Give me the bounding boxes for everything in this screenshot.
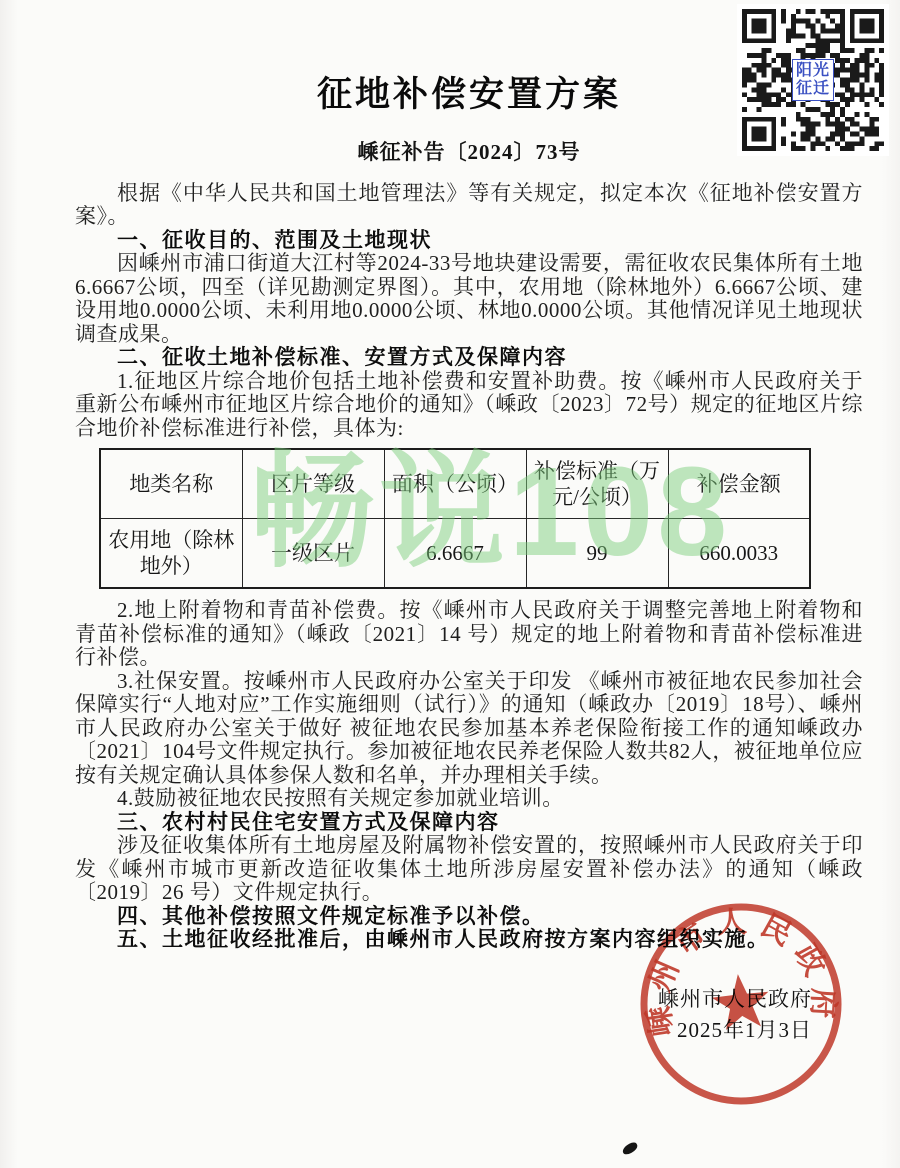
paragraph: 4.鼓励被征地农民按照有关规定参加就业培训。 <box>75 787 863 811</box>
qr-label-line2: 征迁 <box>796 80 830 98</box>
paragraph: 2.地上附着物和青苗补偿费。按《嵊州市人民政府关于调整完善地上附着物和青苗补偿标… <box>75 599 863 670</box>
table-cell: 99 <box>526 519 668 589</box>
table-wrap: 地类名称区片等级面积（公顷）补偿标准（万元/公顷）补偿金额 农用地（除林地外）一… <box>99 448 811 589</box>
column-header: 补偿金额 <box>668 449 810 519</box>
seal-star-icon <box>710 971 772 1031</box>
column-header: 面积（公顷） <box>384 449 526 519</box>
official-seal-icon: 嵊州市人民政府 <box>622 885 859 1122</box>
qr-code: 阳光 征迁 <box>737 4 889 156</box>
table-cell: 一级区片 <box>242 519 384 589</box>
paragraph: 因嵊州市浦口街道大江村等2024-33号地块建设需要，需征收农民集体所有土地6.… <box>75 252 863 346</box>
table-cell: 农用地（除林地外） <box>100 519 242 589</box>
table-cell: 6.6667 <box>384 519 526 589</box>
section-heading: 二、征收土地补偿标准、安置方式及保障内容 <box>75 346 863 370</box>
body-section-top: 根据《中华人民共和国土地管理法》等有关规定，拟定本次《征地补偿安置方案》。一、征… <box>75 182 863 441</box>
table-cell: 660.0033 <box>668 519 810 589</box>
seal-text: 嵊州市人民政府 <box>631 895 844 1049</box>
section-heading: 一、征收目的、范围及土地现状 <box>75 229 863 253</box>
column-header: 地类名称 <box>100 449 242 519</box>
document-content: 征地补偿安置方案 嵊征补告〔2024〕73号 根据《中华人民共和国土地管理法》等… <box>75 76 863 952</box>
svg-text:嵊州市人民政府: 嵊州市人民政府 <box>631 895 844 1049</box>
qr-label-line1: 阳光 <box>796 62 830 80</box>
section-heading: 三、农村村民住宅安置方式及保障内容 <box>75 811 863 835</box>
paragraph: 3.社保安置。按嵊州市人民政府办公室关于印发 《嵊州市被征地农民参加社会保障实行… <box>75 670 863 788</box>
document-page: 阳光 征迁 征地补偿安置方案 嵊征补告〔2024〕73号 根据《中华人民共和国土… <box>0 0 900 1168</box>
table-row: 农用地（除林地外）一级区片6.666799660.0033 <box>100 519 810 589</box>
ink-blot <box>621 1141 639 1156</box>
qr-center-label: 阳光 征迁 <box>792 59 834 101</box>
table-header-row: 地类名称区片等级面积（公顷）补偿标准（万元/公顷）补偿金额 <box>100 449 810 519</box>
paragraph: 1.征地区片综合地价包括土地补偿费和安置补助费。按《嵊州市人民政府关于重新公布嵊… <box>75 370 863 441</box>
compensation-table: 地类名称区片等级面积（公顷）补偿标准（万元/公顷）补偿金额 农用地（除林地外）一… <box>99 448 811 589</box>
column-header: 区片等级 <box>242 449 384 519</box>
column-header: 补偿标准（万元/公顷） <box>526 449 668 519</box>
paragraph: 根据《中华人民共和国土地管理法》等有关规定，拟定本次《征地补偿安置方案》。 <box>75 182 863 229</box>
